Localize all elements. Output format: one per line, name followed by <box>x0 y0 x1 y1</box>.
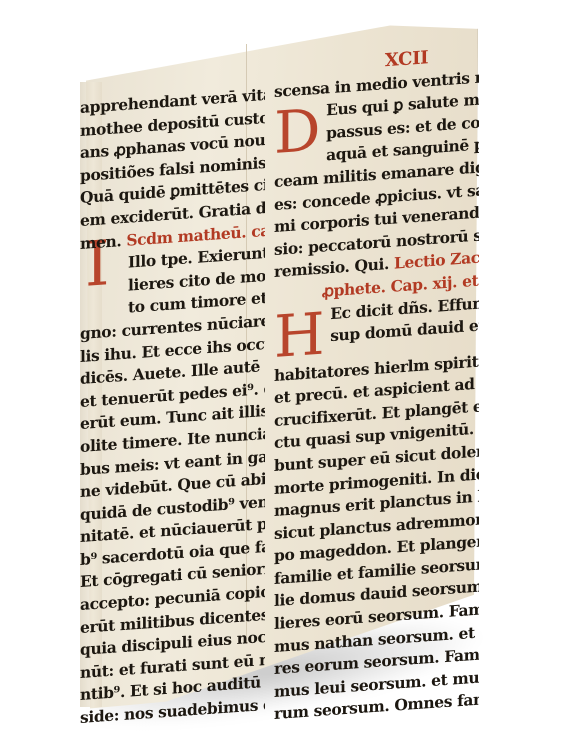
red-initial-d: D <box>274 102 320 161</box>
text-fragment: men. <box>80 231 121 253</box>
book: I apprehendant verā vitam. mothee deposi… <box>78 22 478 712</box>
red-initial-h: H <box>274 305 324 365</box>
photo-scene: I apprehendant verā vitam. mothee deposi… <box>0 0 570 748</box>
left-text-column: apprehendant verā vitam. mothee depositū… <box>80 84 265 730</box>
right-text-column: XCII scensa in medio ventris mei.Oratio … <box>274 44 479 726</box>
